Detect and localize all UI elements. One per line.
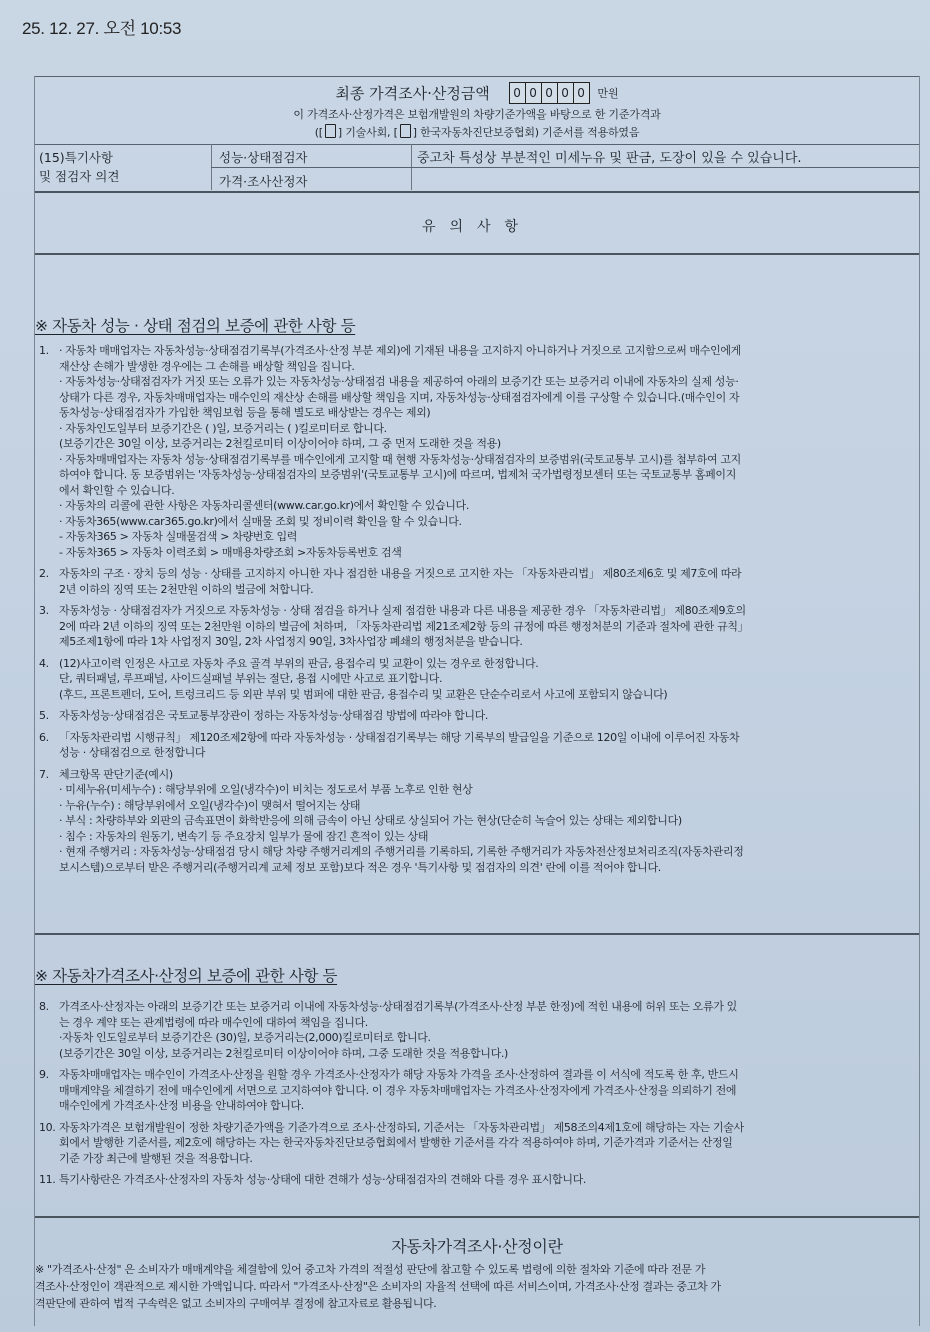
item-number: 6. — [39, 730, 49, 746]
price-digit: 0 — [525, 83, 541, 103]
notice-item: 5.자동차성능·상태점검은 국토교통부장관이 정하는 자동차성능·상태점검 방법… — [39, 708, 913, 724]
item-line: 자동차성능·상태점검은 국토교통부장관이 정하는 자동차성능·상태점검 방법에 … — [59, 708, 913, 724]
notice-item: 9.자동차매매업자는 매수인이 가격조사·산정을 원할 경우 가격조사·산정자가… — [39, 1067, 913, 1114]
item-line: 체크항목 판단기준(예시) — [59, 767, 913, 783]
checkbox-engineers-association[interactable] — [325, 124, 336, 138]
item-line: (후드, 프론트펜더, 도어, 트렁크리드 등 외판 부위 및 범퍼에 대한 판… — [59, 687, 913, 703]
item-line: 매매계약을 체결하기 전에 매수인에게 서면으로 고지하여야 합니다. 이 경우… — [59, 1083, 913, 1099]
item-number: 5. — [39, 708, 49, 724]
item-line: · 부식 : 차량하부와 외판의 금속표면이 화학반응에 의해 금속이 아닌 상… — [59, 813, 913, 829]
item-number: 3. — [39, 603, 49, 619]
special-notes-table: (15)특기사항 및 점검자 의견 성능·상태점검자 중고차 특성상 부분적인 … — [35, 144, 919, 190]
notice-item: 11.특기사항란은 가격조사·산정자의 자동차 성능·상태에 대한 견해가 성능… — [39, 1172, 913, 1188]
item-line: - 자동차365 > 자동차 실매물검색 > 차량번호 입력 — [59, 529, 913, 545]
item-line: (12)사고이력 인정은 사고로 자동차 주요 골격 부위의 판금, 용접수리 … — [59, 656, 913, 672]
inspection-form: 최종 가격조사·산정금액 0 0 0 0 0 만원 이 가격조사·산정가격은 보… — [34, 76, 920, 1326]
price-appraisal-definition-body: ※ "가격조사·산정" 은 소비자가 매매계약을 체결함에 있어 중고차 가격의… — [35, 1261, 909, 1312]
item-number: 10. — [39, 1120, 55, 1136]
item-line: · 자동차의 리콜에 관한 사항은 자동차리콜센터(www.car.go.kr)… — [59, 498, 913, 514]
item-line: 기준 가장 최근에 발행된 것을 적용합니다. — [59, 1151, 913, 1167]
item-line: 특기사항란은 가격조사·산정자의 자동차 성능·상태에 대한 견해가 성능·상태… — [59, 1172, 913, 1188]
item-line: · 자동차365(www.car365.go.kr)에서 실매물 조회 및 정비… — [59, 514, 913, 530]
section-performance-warranty-title: ※ 자동차 성능 · 상태 점검의 보증에 관한 사항 등 — [35, 314, 355, 336]
item-line: 성능 · 상태점검으로 한정합니다 — [59, 745, 913, 761]
item-line: (보증기간은 30일 이상, 보증거리는 2천킬로미터 이상이어야 하며, 그중… — [59, 1046, 913, 1062]
item-line: 가격조사·산정자는 아래의 보증기간 또는 보증거리 이내에 자동차성능·상태점… — [59, 999, 913, 1015]
notice-item: 8.가격조사·산정자는 아래의 보증기간 또는 보증거리 이내에 자동차성능·상… — [39, 999, 913, 1061]
timestamp: 25. 12. 27. 오전 10:53 — [22, 14, 181, 39]
item-line: 자동차의 구조 · 장치 등의 성능 · 상태를 고지하지 아니한 자나 점검한… — [59, 566, 913, 582]
final-price-title: 최종 가격조사·산정금액 — [335, 85, 489, 103]
option-diagnosis-association: ] 한국자동차진단보증협회) 기준서를 적용하였음 — [413, 126, 640, 139]
item-line: 회에서 발행한 기준서를, 제2호에 해당하는 자는 한국자동차진단보증협회에서… — [59, 1135, 913, 1151]
price-basis-line: 이 가격조사·산정가격은 보험개발원의 차량기준가액을 바탕으로 한 기준가격과 — [35, 106, 919, 122]
section-price-warranty-title: ※ 자동차가격조사·산정의 보증에 관한 사항 등 — [35, 964, 337, 986]
item-line: · 자동차인도일부터 보증기간은 ( )일, 보증거리는 ( )킬로미터로 합니… — [59, 421, 913, 437]
item-line: 는 경우 계약 또는 관계법령에 따라 매수인에 대하여 책임을 집니다. — [59, 1015, 913, 1031]
item-line: · 현재 주행거리 : 자동차성능·상태점검 당시 해당 차량 주행거리계의 주… — [59, 844, 913, 860]
inspector-role: 성능·상태점검자 — [219, 148, 308, 166]
item-line: 매수인에게 가격조사·산정 비용을 안내하여야 합니다. — [59, 1098, 913, 1114]
special-notes-label: (15)특기사항 및 점검자 의견 — [39, 148, 119, 186]
item-line: · 누유(누수) : 해당부위에서 오일(냉각수)이 맺혀서 떨어지는 상태 — [59, 798, 913, 814]
price-digit: 0 — [557, 83, 573, 103]
item-line: ·자동차 인도일로부터 보증기간은 (30)일, 보증거리는(2,000)킬로미… — [59, 1030, 913, 1046]
option-engineers-association: ] 기술사회, [ — [338, 126, 398, 139]
price-unit: 만원 — [597, 87, 618, 100]
item-line: 재산상 손해가 발생한 경우에는 그 손해를 배상할 책임을 집니다. — [59, 359, 913, 375]
section-price-warranty-items: 8.가격조사·산정자는 아래의 보증기간 또는 보증거리 이내에 자동차성능·상… — [39, 999, 913, 1194]
notice-title: 유의사항 — [35, 216, 919, 236]
notice-item: 6.「자동차관리법 시행규칙」 제120조제2항에 따라 자동차성능 · 상태점… — [39, 730, 913, 761]
item-number: 1. — [39, 343, 49, 359]
item-line: 「자동차관리법 시행규칙」 제120조제2항에 따라 자동차성능 · 상태점검기… — [59, 730, 913, 746]
notice-item: 10.자동차가격은 보험개발원이 정한 차량기준가액을 기준가격으로 조사·산정… — [39, 1120, 913, 1167]
item-number: 9. — [39, 1067, 49, 1083]
appraiser-role: 가격·조사산정자 — [219, 172, 308, 190]
item-line: 제5조제1항에 따라 1차 사업정지 30일, 2차 사업정지 90일, 3차사… — [59, 634, 913, 650]
item-line: 2에 따라 2년 이하의 징역 또는 2천만원 이하의 벌금에 처하며, 「자동… — [59, 619, 913, 635]
item-line: · 자동차성능·상태점검자가 거짓 또는 오류가 있는 자동차성능·상태점검 내… — [59, 374, 913, 390]
item-line: 자동차가격은 보험개발원이 정한 차량기준가액을 기준가격으로 조사·산정하되,… — [59, 1120, 913, 1136]
notice-item: 1.· 자동차 매매업자는 자동차성능·상태점검기록부(가격조사·산정 부분 제… — [39, 343, 913, 560]
item-line: - 자동차365 > 자동차 이력조회 > 매매용차량조회 >자동차등록번호 검… — [59, 545, 913, 561]
item-line: 자동차성능 · 상태점검자가 거짓으로 자동차성능 · 상태 점검을 하거나 실… — [59, 603, 913, 619]
item-line: 자동차매매업자는 매수인이 가격조사·산정을 원할 경우 가격조사·산정자가 해… — [59, 1067, 913, 1083]
item-line: · 자동차매매업자는 자동차 성능·상태점검기록부를 매수인에게 고지할 때 현… — [59, 452, 913, 468]
inspector-opinion: 중고차 특성상 부분적인 미세누유 및 판금, 도장이 있을 수 있습니다. — [417, 147, 802, 166]
item-line: 상태가 다른 경우, 자동차매매업자는 매수인의 재산상 손해를 배상할 책임을… — [59, 390, 913, 406]
section-performance-warranty-items: 1.· 자동차 매매업자는 자동차성능·상태점검기록부(가격조사·산정 부분 제… — [39, 343, 913, 881]
item-number: 8. — [39, 999, 49, 1015]
item-line: 2년 이하의 징역 또는 2천만원 이하의 벌금에 처합니다. — [59, 582, 913, 598]
divider — [35, 191, 919, 193]
item-line: · 침수 : 자동차의 원동기, 변속기 등 주요장치 일부가 물에 잠긴 흔적… — [59, 829, 913, 845]
item-number: 2. — [39, 566, 49, 582]
item-line: 에서 확인할 수 있습니다. — [59, 483, 913, 499]
item-line: 단, 쿼터패널, 루프패널, 사이드실패널 부위는 절단, 용접 시에만 사고로… — [59, 671, 913, 687]
item-line: 보시스템)으로부터 받은 주행거리(주행거리계 교체 정보 포함)보다 적은 경… — [59, 860, 913, 876]
price-digits: 0 0 0 0 0 — [509, 82, 590, 104]
item-number: 4. — [39, 656, 49, 672]
notice-item: 2.자동차의 구조 · 장치 등의 성능 · 상태를 고지하지 아니한 자나 점… — [39, 566, 913, 597]
divider — [35, 253, 919, 255]
item-number: 7. — [39, 767, 49, 783]
notice-item: 7.체크항목 판단기준(예시)· 미세누유(미세누수) : 해당부위에 오일(냉… — [39, 767, 913, 876]
divider — [211, 167, 919, 168]
item-line: · 미세누유(미세누수) : 해당부위에 오일(냉각수)이 비치는 정도로서 부… — [59, 782, 913, 798]
item-line: (보증기간은 30일 이상, 보증거리는 2천킬로미터 이상이어야 하며, 그 … — [59, 436, 913, 452]
notice-item: 4.(12)사고이력 인정은 사고로 자동차 주요 골격 부위의 판금, 용접수… — [39, 656, 913, 703]
divider — [35, 1216, 919, 1218]
checkbox-diagnosis-association[interactable] — [400, 124, 411, 138]
price-digit: 0 — [573, 83, 589, 103]
standard-selection-line: ([] 기술사회, [] 한국자동차진단보증협회) 기준서를 적용하였음 — [35, 124, 919, 140]
price-appraisal-definition-title: 자동차가격조사·산정이란 — [35, 1234, 919, 1257]
item-line: 동차성능·상태점검자가 가입한 책임보험 등을 통해 별도로 배상받는 경우는 … — [59, 405, 913, 421]
item-number: 11. — [39, 1172, 55, 1188]
item-line: 하여야 합니다. 동 보증범위는 '자동차성능·상태점검자의 보증범위'(국토교… — [59, 467, 913, 483]
item-line: · 자동차 매매업자는 자동차성능·상태점검기록부(가격조사·산정 부분 제외)… — [59, 343, 913, 359]
divider — [35, 933, 919, 935]
price-digit: 0 — [541, 83, 557, 103]
price-digit: 0 — [510, 83, 525, 103]
notice-item: 3.자동차성능 · 상태점검자가 거짓으로 자동차성능 · 상태 점검을 하거나… — [39, 603, 913, 650]
final-price-box: 최종 가격조사·산정금액 0 0 0 0 0 만원 이 가격조사·산정가격은 보… — [35, 76, 919, 144]
